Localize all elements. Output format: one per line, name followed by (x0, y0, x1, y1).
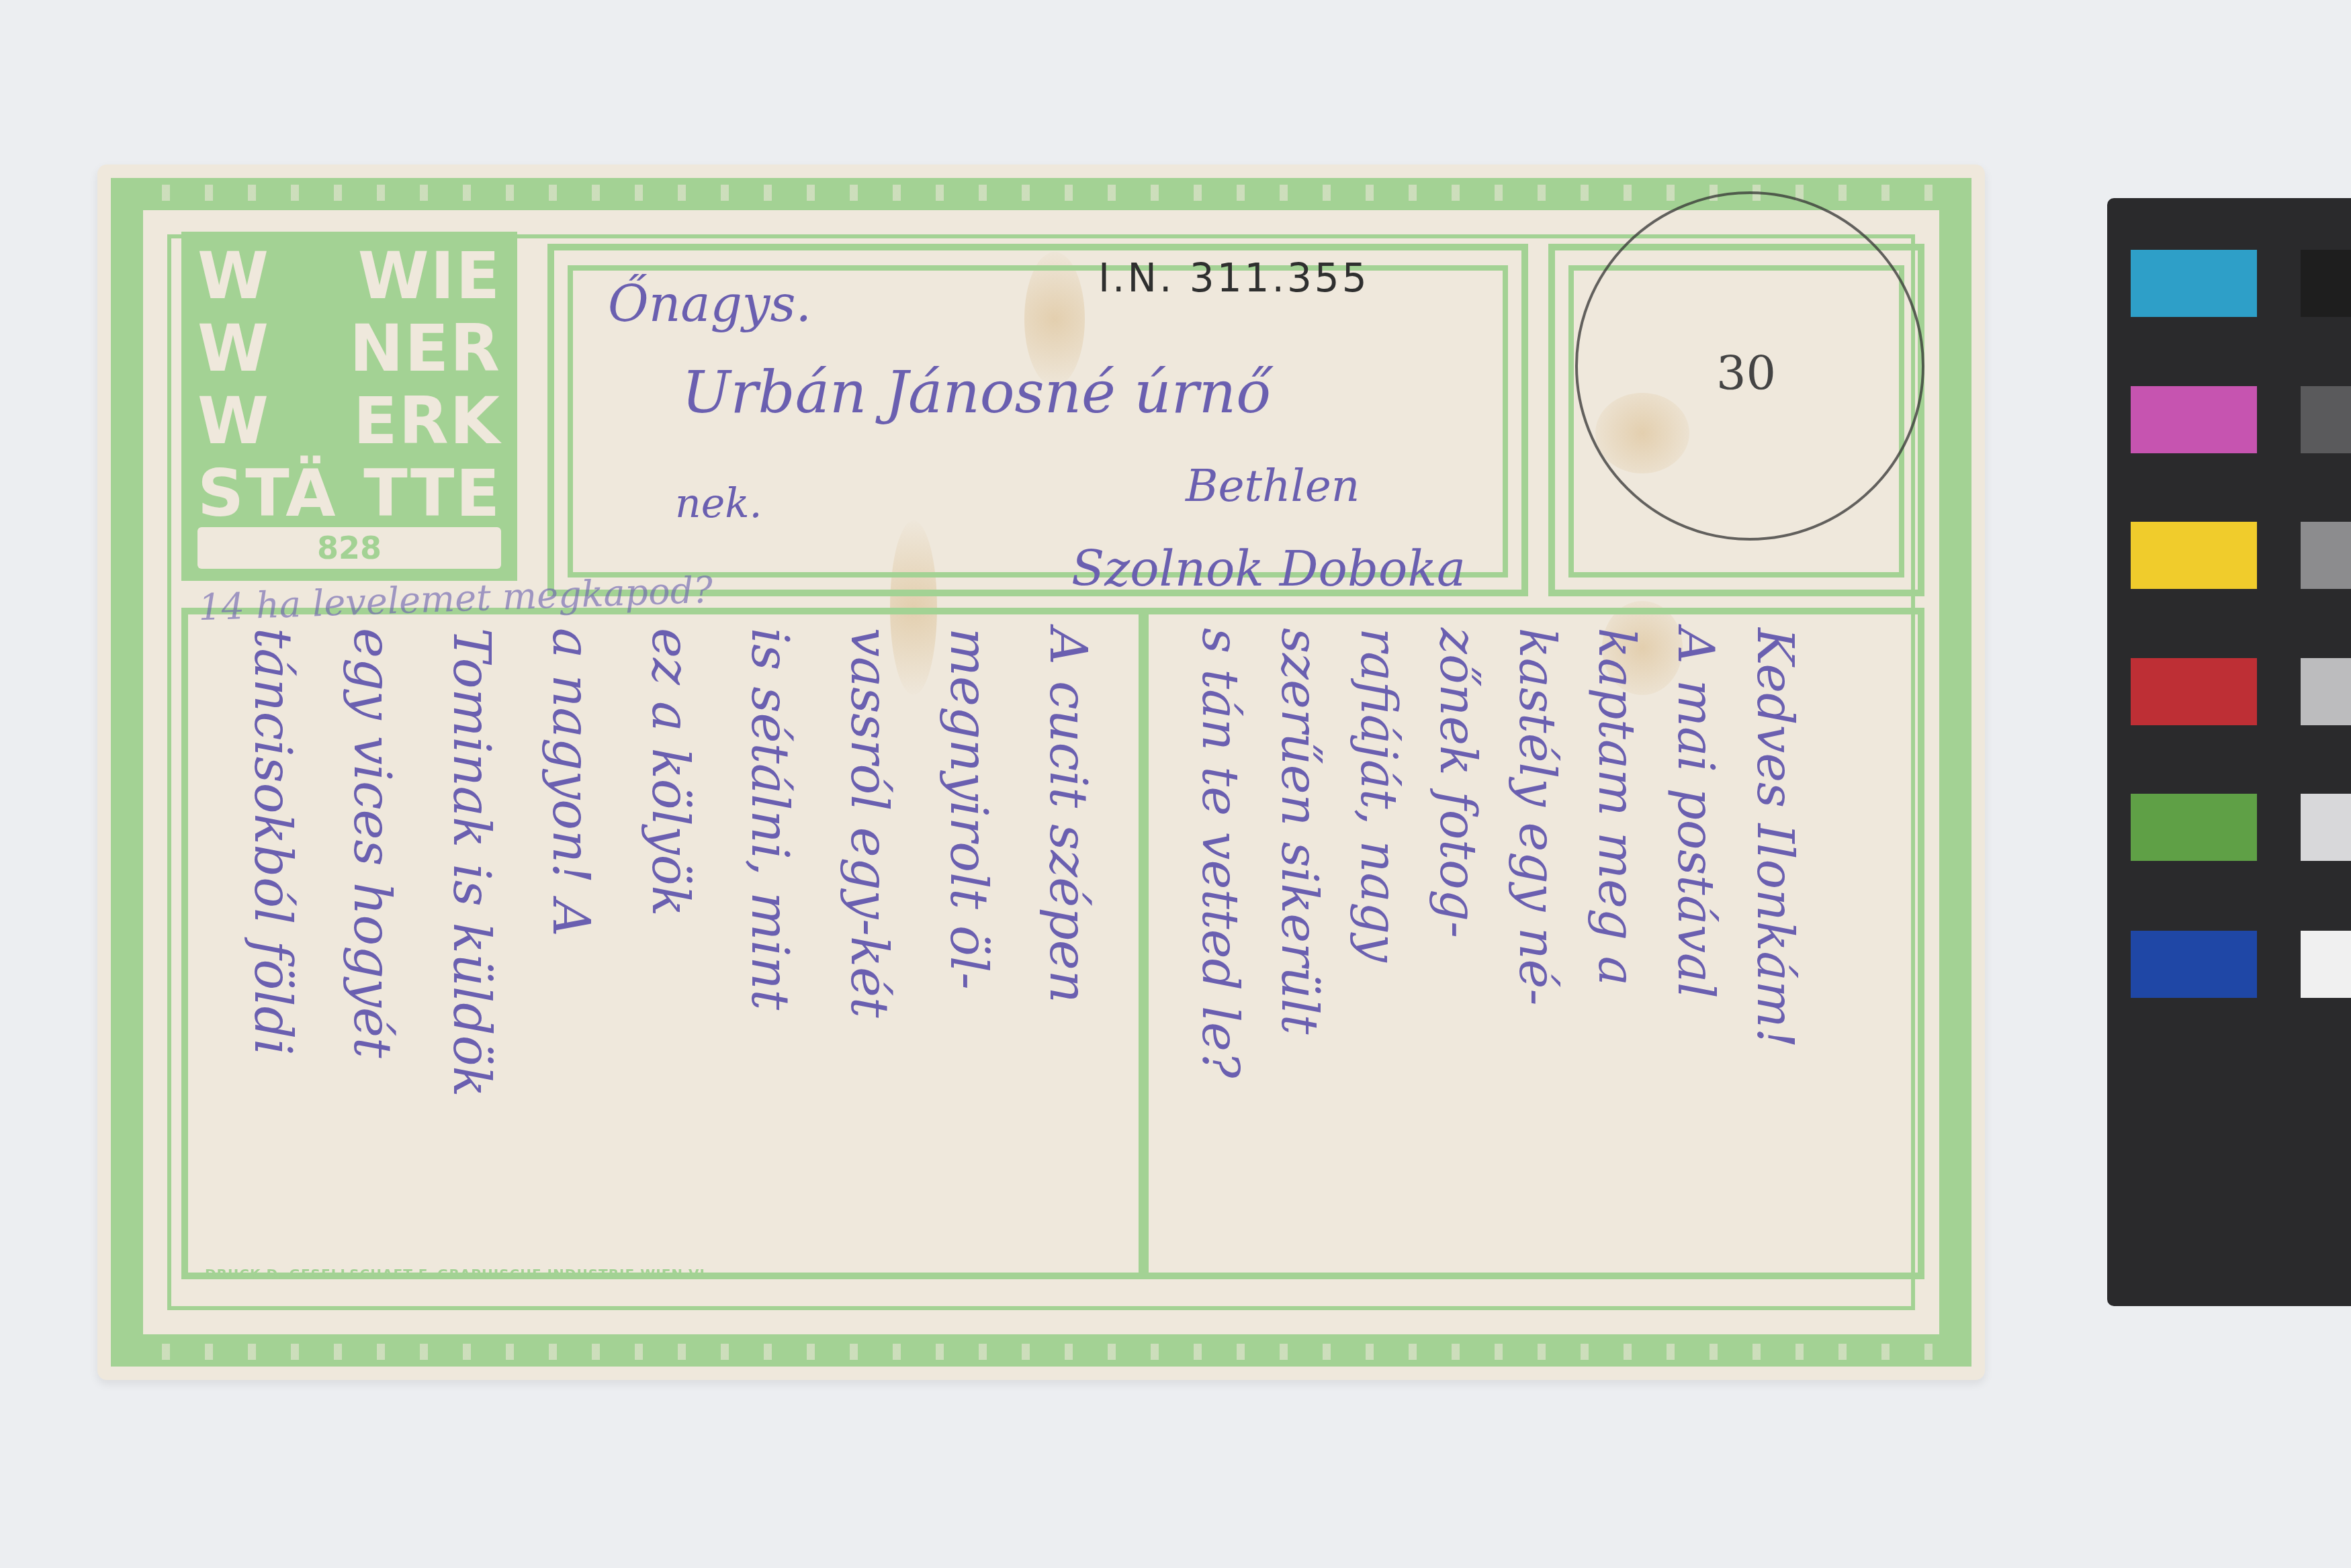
message-line: kaptam meg a (1587, 628, 1645, 986)
color-swatch (2131, 386, 2257, 453)
address-recipient: Urbán Jánosné úrnő (682, 359, 1271, 426)
address-suffix: nek. (675, 480, 762, 527)
message-line: megnyirolt öl- (939, 628, 999, 990)
inventory-number: I.N. 311.355 (1098, 255, 1370, 301)
message-line: kastély egy né- (1508, 628, 1566, 1005)
postcard: WWIE WNER WERK STÄTTE 828 30 I.N. 311.35… (97, 165, 1985, 1380)
address-county: Szolnok Doboka (1071, 541, 1466, 597)
message-line: zőnek fotog- (1429, 628, 1487, 938)
message-line: s tán te vetted le? (1191, 628, 1249, 1078)
logo-row: WERK (197, 390, 501, 452)
message-line: a nagyon! A (541, 628, 601, 937)
message-line: ez a kölyök (641, 628, 701, 917)
message-line: is sétálni, mint (740, 628, 800, 1010)
address-salutation: Őnagys. (608, 275, 811, 333)
border-ornament-bottom (144, 1344, 1938, 1360)
logo-row: STÄTTE (197, 463, 501, 524)
color-swatch (2131, 658, 2257, 725)
gray-swatch (2301, 522, 2351, 589)
wiener-werkstaette-logo: WWIE WNER WERK STÄTTE 828 (181, 232, 517, 581)
message-line: rafiáját, nagy (1349, 628, 1407, 962)
border-ornament-top (144, 185, 1938, 201)
message-line: Tominak is küldök (442, 628, 502, 1097)
gray-swatch (2301, 386, 2351, 453)
color-swatch (2131, 794, 2257, 861)
gray-swatch (2301, 250, 2351, 317)
logo-row: WNER (197, 318, 501, 379)
color-checker (2107, 198, 2351, 1306)
card-number: 828 (197, 527, 501, 569)
printer-imprint: DRUCK D. GESELLSCHAFT F. GRAPHISCHE INDU… (205, 1266, 711, 1282)
message-line: szerűen sikerült (1270, 628, 1328, 1034)
message-line: vassról egy-két (840, 628, 899, 1018)
message-line: Kedves Ilonkám! (1746, 628, 1804, 1048)
message-line: A cucit szépen (1038, 628, 1098, 1003)
message-line: egy vices hogyét (343, 628, 402, 1058)
color-swatch (2131, 931, 2257, 998)
postmark-numeral: 30 (1716, 346, 1776, 401)
gray-swatch (2301, 658, 2351, 725)
gray-swatch (2301, 794, 2351, 861)
message-line: táncisokból földi (243, 628, 303, 1056)
message-line: A mai postával (1667, 628, 1724, 999)
color-swatch (2131, 250, 2257, 317)
logo-row: WWIE (197, 245, 501, 307)
address-town: Bethlen (1186, 460, 1360, 512)
color-swatch (2131, 522, 2257, 589)
gray-swatch (2301, 931, 2351, 998)
